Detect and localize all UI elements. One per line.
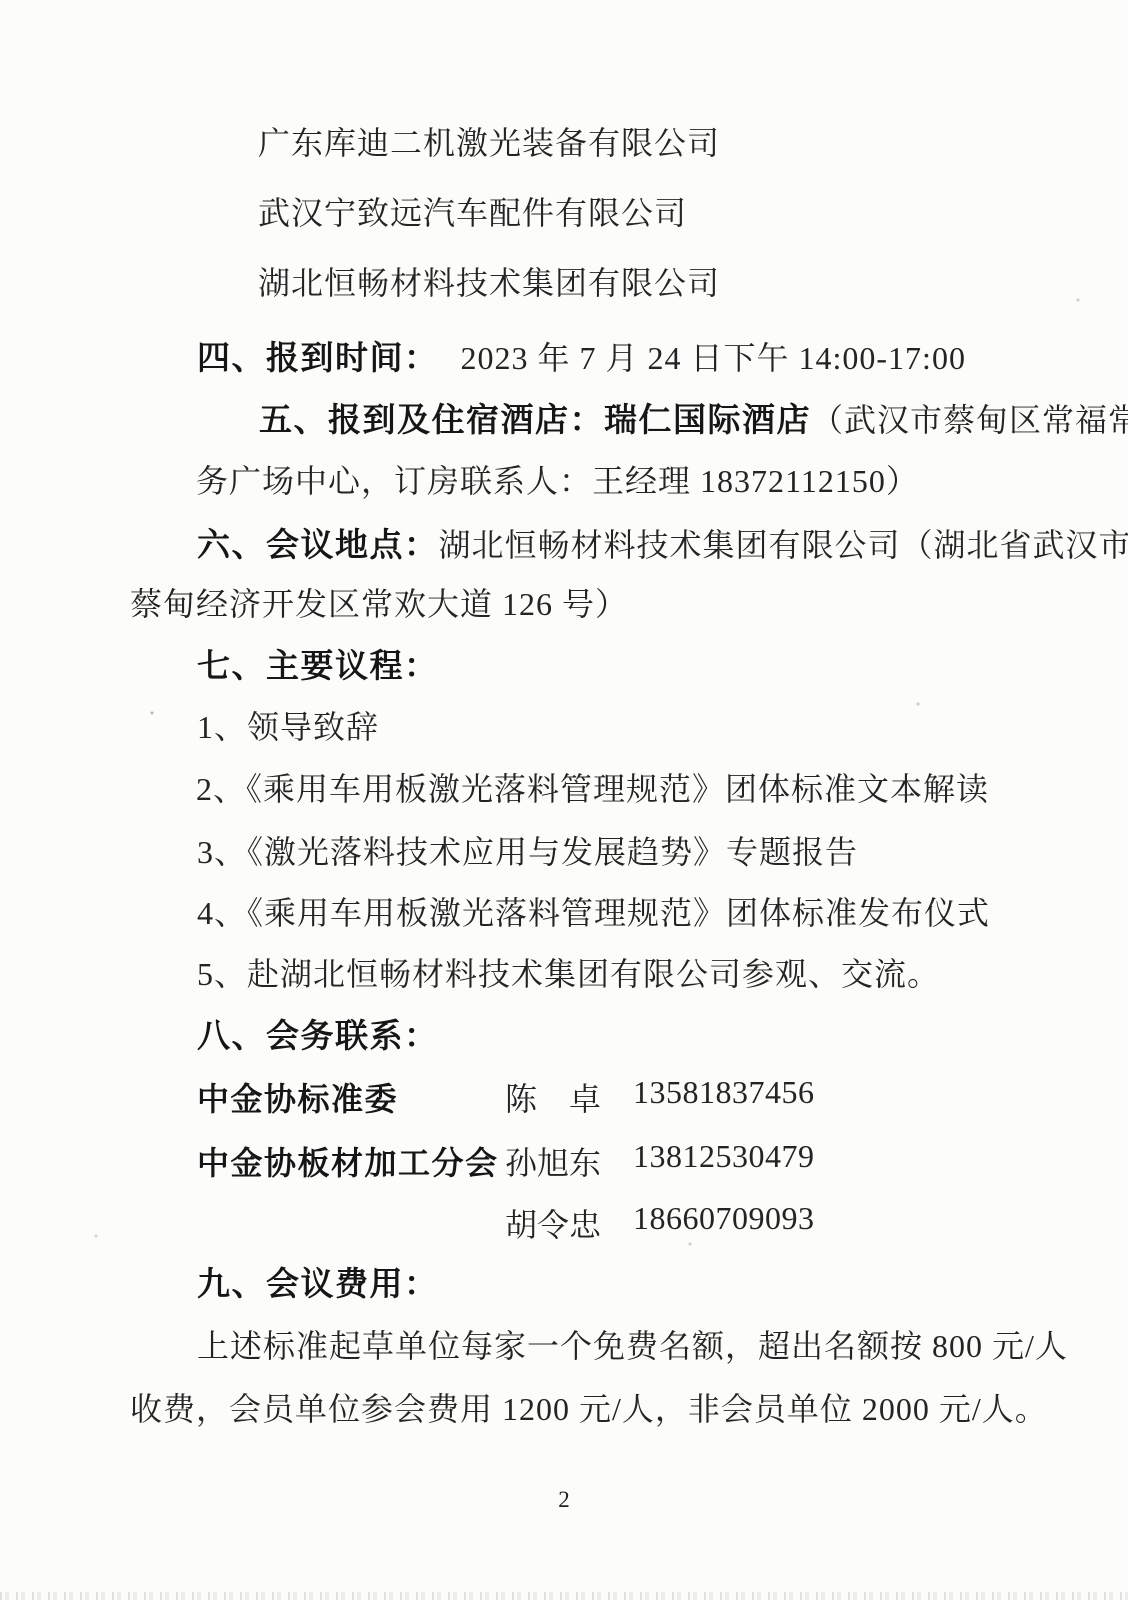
section-9-line-1: 上述标准起草单位每家一个免费名额，超出名额按 800 元/人: [197, 1321, 1068, 1367]
section-9-heading: 九、会议费用：: [197, 1258, 439, 1305]
section-6-line-1: 六、会议地点：湖北恒畅材料技术集团有限公司（湖北省武汉市: [197, 519, 1128, 566]
contact-row: 中金协板材加工分会 孙旭东 13812530479: [0, 1138, 1128, 1184]
contact-phone: 18660709093: [633, 1200, 815, 1237]
section-6-content: 湖北恒畅材料技术集团有限公司（湖北省武汉市: [439, 527, 1128, 563]
document-page: 广东库迪二机激光装备有限公司 武汉宁致远汽车配件有限公司 湖北恒畅材料技术集团有…: [0, 0, 1128, 1600]
contact-person: 陈 卓: [505, 1074, 601, 1120]
section-5-line-1: 五、报到及住宿酒店：瑞仁国际酒店（武汉市蔡甸区常福常: [259, 394, 1128, 441]
agenda-item: 2、《乘用车用板激光落料管理规范》团体标准文本解读: [196, 764, 989, 810]
section-5-line-2: 务广场中心，订房联系人：王经理 18372112150）: [196, 456, 919, 502]
contact-org: 中金协标准委: [197, 1074, 398, 1120]
section-4-line: 四、报到时间：2023 年 7 月 24 日下午 14:00-17:00: [197, 332, 966, 379]
agenda-item: 5、赴湖北恒畅材料技术集团有限公司参观、交流。: [197, 949, 940, 995]
drafting-unit-line: 广东库迪二机激光装备有限公司: [258, 118, 720, 164]
contact-phone: 13812530479: [633, 1138, 815, 1175]
contact-org: 中金协板材加工分会: [197, 1138, 499, 1184]
agenda-item: 4、《乘用车用板激光落料管理规范》团体标准发布仪式: [197, 888, 990, 934]
section-5-content: （武汉市蔡甸区常福常: [811, 402, 1128, 438]
section-4-content: 2023 年 7 月 24 日下午 14:00-17:00: [461, 333, 966, 379]
contact-person: 胡令忠: [505, 1200, 601, 1246]
agenda-item: 3、《激光落料技术应用与发展趋势》专题报告: [197, 827, 858, 873]
scan-edge-artifact: [0, 1592, 1128, 1600]
drafting-unit-line: 湖北恒畅材料技术集团有限公司: [258, 258, 720, 304]
section-8-heading: 八、会务联系：: [197, 1010, 439, 1057]
section-4-heading: 四、报到时间：: [197, 339, 439, 376]
section-5-heading: 五、报到及住宿酒店：: [259, 401, 604, 438]
agenda-item: 1、领导致辞: [197, 702, 379, 748]
section-7-heading: 七、主要议程：: [197, 640, 439, 687]
section-6-heading: 六、会议地点：: [197, 526, 439, 563]
contact-person: 孙旭东: [505, 1138, 601, 1184]
page-number: 2: [0, 1487, 1128, 1513]
contact-phone: 13581837456: [633, 1074, 815, 1111]
section-5-hotel-name: 瑞仁国际酒店: [604, 401, 811, 438]
section-6-line-2: 蔡甸经济开发区常欢大道 126 号）: [130, 579, 628, 625]
section-9-line-2: 收费，会员单位参会费用 1200 元/人，非会员单位 2000 元/人。: [130, 1384, 1048, 1430]
contact-row: 中金协标准委 陈 卓 13581837456: [0, 1074, 1128, 1120]
drafting-unit-line: 武汉宁致远汽车配件有限公司: [258, 188, 687, 234]
contact-row: 胡令忠 18660709093: [0, 1200, 1128, 1246]
